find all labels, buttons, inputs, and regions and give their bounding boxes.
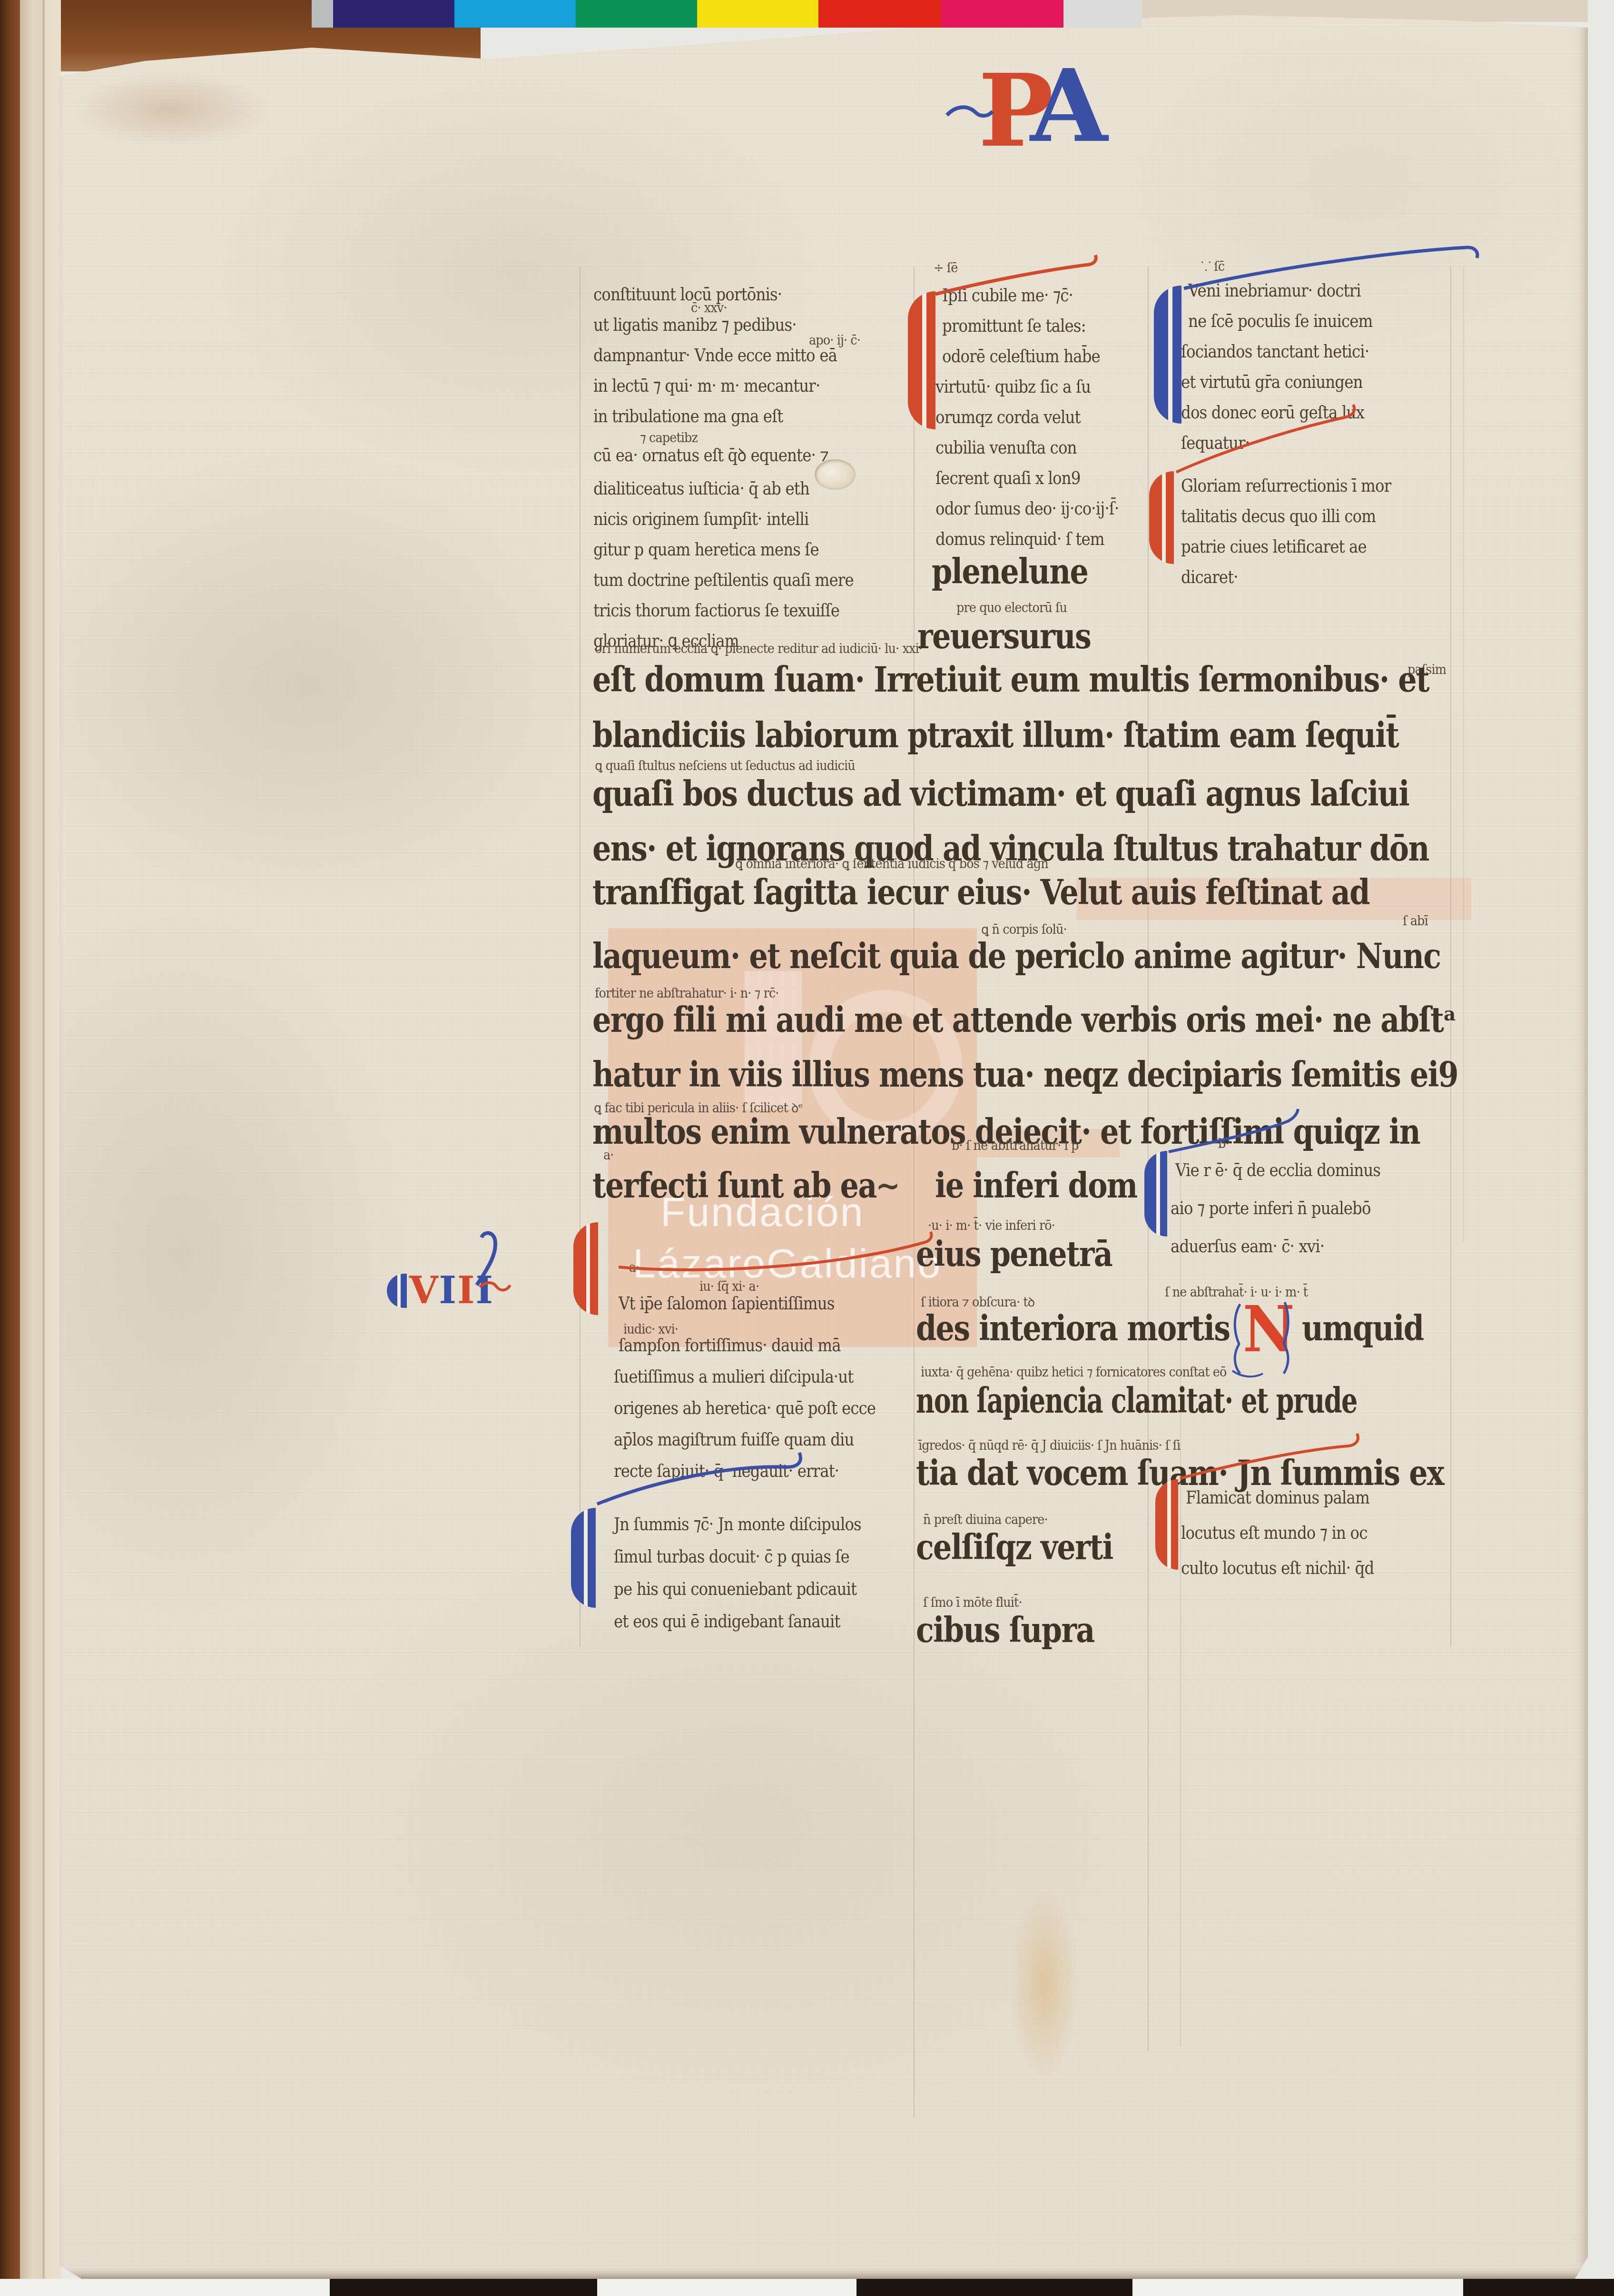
column-rule bbox=[1148, 267, 1149, 2051]
bible-text-line: hatur in viis illius mens tua· neqz deci… bbox=[592, 1054, 1458, 1095]
gloss-line: Gloriam reſurrectionis ī mor bbox=[1181, 476, 1391, 496]
lemma-text: eius penetrā bbox=[916, 1234, 1112, 1274]
column-rule bbox=[1463, 267, 1464, 1242]
gloss-line: odorē celeſtium hab̄e bbox=[942, 346, 1100, 367]
gloss-line: Flamicat dominus palam bbox=[1186, 1488, 1369, 1508]
gloss-line: talitatis decus quo illi com bbox=[1181, 506, 1376, 527]
lemma-text: plenelune bbox=[932, 551, 1088, 592]
gloss-line: ut ligatis manibz ⁊ pedibus· bbox=[593, 315, 797, 336]
gloss-line: ꝗ n̄ corpis ſolū· bbox=[981, 922, 1067, 937]
gloss-line: cubilia venuſta con bbox=[935, 438, 1077, 458]
decorated-initial-n: N bbox=[1243, 1293, 1295, 1366]
scale-segment bbox=[856, 2279, 1132, 2296]
stain bbox=[1009, 1885, 1080, 2085]
gloss-line: ꝗ quaſi ſtultus neſciens ut ſeductus ad … bbox=[595, 759, 855, 773]
color-calibration-bar bbox=[312, 0, 1142, 28]
bible-text-line: blandiciis labiorum ptraxit illum· ſtati… bbox=[592, 715, 1398, 755]
blue-paraph bbox=[1144, 1151, 1167, 1237]
gloss-line: ne ſcē poculis ſe inuicem bbox=[1188, 311, 1372, 332]
gloss-line: dialiticeatus iuſticia· q̄ ab eth bbox=[593, 479, 809, 499]
gloss-line: īgredos· q̄ nūqd rē· q̄ J diuiciis· ſ Jn… bbox=[918, 1438, 1180, 1453]
gloss-line: iuxta· q̄ gehēna· quibz hetici ⁊ fornica… bbox=[921, 1365, 1226, 1380]
gloss-line: Ipſi cubile me· ⁊c̄· bbox=[942, 286, 1073, 306]
scale-segment bbox=[0, 2279, 330, 2296]
lemma-text: cibus ſupra bbox=[916, 1610, 1094, 1650]
gloss-line: recte ſapiuit· q̄· negauit· errat· bbox=[614, 1461, 839, 1482]
calibration-swatch bbox=[941, 0, 1063, 28]
gloss-line: ꝗ omnia interiora· ꝗ ſententia iudicis q… bbox=[735, 857, 1048, 871]
gloss-line: Vt ip̄e ſalomon ſapientiſſimus bbox=[619, 1294, 835, 1314]
calibration-swatch bbox=[818, 0, 941, 28]
gloss-line: conſtituunt locū portōnis· bbox=[593, 285, 782, 305]
gloss-line: nicis originem ſumpſit· intelli bbox=[593, 509, 808, 530]
scale-segment bbox=[1463, 2279, 1614, 2296]
running-title-letter-a: A bbox=[1030, 56, 1108, 156]
interlinear-note: ⸪ ſc̄ bbox=[1201, 257, 1224, 275]
bible-text-line: eſt domum ſuam· Irretiuit eum multis ſer… bbox=[592, 659, 1429, 700]
calibration-swatch bbox=[697, 0, 818, 28]
gloss-line: promittunt ſe tales: bbox=[942, 316, 1086, 336]
gloss-line: Jn ſummis ⁊c̄· Jn monte diſcipulos bbox=[614, 1514, 861, 1535]
gloss-line: dicaret· bbox=[1181, 567, 1238, 588]
calibration-swatch bbox=[576, 0, 697, 28]
gloss-line: in tribulatione ma gna eſt bbox=[593, 406, 783, 427]
gloss-line: dampnantur· Vnde ecce mitto eā bbox=[593, 346, 837, 366]
blue-paraph bbox=[1154, 286, 1181, 424]
gloss-line: aio ⁊ porte inferi n̄ pualebō bbox=[1171, 1198, 1371, 1219]
gloss-line: orī numerum ecclia ꝗ· plenecte reditur a… bbox=[595, 642, 922, 656]
gloss-line: ſociandos tanctant hetici· bbox=[1181, 342, 1369, 362]
red-paraph bbox=[908, 291, 935, 429]
gloss-line: locutus eſt mundo ⁊ in oc bbox=[1181, 1523, 1367, 1544]
calibration-swatch bbox=[333, 0, 454, 28]
gloss-line: ·u· i· m· t̄· vie inferi rō· bbox=[928, 1218, 1055, 1233]
calibration-swatch bbox=[1063, 0, 1142, 28]
calibration-swatch bbox=[312, 0, 333, 28]
red-paraph bbox=[1149, 471, 1174, 564]
bible-text-line: tranſfigat ſagitta iecur eius· Velut aui… bbox=[592, 872, 1369, 912]
gloss-line: tricis thorum factiorus ſe texuiſſe bbox=[593, 601, 839, 621]
column-rule bbox=[1180, 1118, 1181, 2047]
gloss-line: Veni inebriamur· doctri bbox=[1188, 281, 1361, 301]
interlinear-note: b· bbox=[1218, 1137, 1229, 1151]
gloss-line: gitur p quam heretica mens ſe bbox=[593, 540, 819, 560]
gloss-line: ſequatur· bbox=[1181, 433, 1250, 454]
lemma-text: celſiſqz verti bbox=[916, 1527, 1112, 1567]
bible-text-line: quaſi bos ductus ad victimam· et quaſi a… bbox=[592, 773, 1409, 814]
column-rule bbox=[580, 267, 581, 1647]
gloss-line: pe his qui conueniebant pdicauit bbox=[614, 1579, 856, 1600]
lemma-text: des interiora mortis bbox=[916, 1308, 1230, 1348]
gloss-line: ap̄los magiſtrum fuiſſe quam diu bbox=[614, 1430, 854, 1450]
page-edge-stack bbox=[20, 0, 61, 2296]
gloss-line: aduerſus eam· c̄· xvi· bbox=[1171, 1237, 1324, 1257]
measuring-scale-bar bbox=[0, 2279, 1614, 2296]
red-paraph bbox=[573, 1222, 598, 1315]
gloss-line: virtutū· quibz ſic a ſu bbox=[935, 377, 1091, 397]
scale-segment bbox=[1132, 2279, 1463, 2296]
chapter-letter: V bbox=[409, 1269, 439, 1312]
book-binding-edge bbox=[0, 0, 20, 2296]
gloss-line: Vie r ē· q̄ de ecclia dominus bbox=[1175, 1160, 1380, 1181]
gloss-line: cū ea· ornatus eſt q̄ꝺ equente· ⁊ bbox=[593, 443, 828, 467]
calibration-swatch bbox=[454, 0, 576, 28]
gloss-line: n̄ preſt diuina capere· bbox=[923, 1513, 1048, 1527]
gloss-line: et virtutū gr̄a coniungen bbox=[1181, 372, 1363, 393]
smudge bbox=[71, 71, 271, 148]
interlinear-note: b· ſ ne abſtrahatur· i p bbox=[952, 1138, 1078, 1153]
gloss-line: ſ ſmo ī mōte fluit̄· bbox=[923, 1595, 1022, 1610]
bible-text-line: terfecti ſunt ab ea bbox=[592, 1165, 876, 1206]
lemma-text: tia dat vocem ſuam· Jn ſummis ex bbox=[916, 1453, 1444, 1493]
bible-text-line: ergo fili mi audi me et attende verbis o… bbox=[592, 1000, 1456, 1040]
interlinear-note: iudic· xvi· bbox=[623, 1322, 678, 1337]
gloss-line: ſimul turbas docuit· c̄ p quias ſe bbox=[614, 1547, 849, 1567]
gloss-line: orumqz corda velut bbox=[935, 407, 1081, 428]
bible-text-line: ie inferi dom bbox=[935, 1165, 1137, 1206]
interlinear-note: ſ abī bbox=[1403, 914, 1428, 929]
interlinear-note: a· bbox=[629, 1260, 640, 1275]
watermark-text-line2: LázaroGaldiano bbox=[633, 1240, 942, 1287]
chapter-letter: I bbox=[476, 1269, 494, 1312]
gloss-line: ſecrent quaſi x lon9 bbox=[935, 468, 1081, 489]
gloss-line: ſuetiſſimus a mulieri diſcipula·ut bbox=[614, 1367, 853, 1387]
interlinear-note: pre quo electorū ſu bbox=[956, 601, 1067, 615]
interlinear-note: ÷ ſē bbox=[934, 261, 958, 276]
pen-squiggle: ∼ bbox=[876, 1165, 899, 1206]
chapter-letter: I bbox=[439, 1269, 458, 1312]
lemma-text: non ſapiencia clamitat· et prude bbox=[916, 1380, 1357, 1421]
gloss-line: fortiter ne abſtrahatur· i· n· ⁊ rc̄· bbox=[595, 986, 779, 1001]
lemma-text: reuersurus bbox=[917, 616, 1091, 656]
gloss-line: odor ſumus deo· ij·co·ij·ſ̄· bbox=[935, 499, 1119, 519]
lemma-text: umquid bbox=[1302, 1308, 1423, 1348]
scale-segment bbox=[330, 2279, 597, 2296]
blue-paraph bbox=[571, 1508, 596, 1608]
bible-text-line: laqueum· et neſcit quia de periclo anime… bbox=[592, 936, 1440, 976]
gloss-line: culto locutus eſt nichil· q̄d bbox=[1181, 1558, 1374, 1579]
red-paraph bbox=[1155, 1479, 1178, 1570]
column-rule bbox=[1450, 267, 1451, 1647]
gloss-line: origenes ab heretica· quē poſt ecce bbox=[614, 1398, 876, 1419]
gloss-line: dos donec eorū geſta lux bbox=[1181, 403, 1364, 423]
interlinear-note: iu· ſq̄ xi· a· bbox=[699, 1279, 759, 1294]
chapter-letter: I bbox=[457, 1269, 476, 1312]
gloss-line: in lectū ⁊ qui· m· m· mecantur· bbox=[593, 376, 820, 396]
gloss-line: ſ ne abſtrahat̄· i· u· i· m· t̄ bbox=[1165, 1285, 1308, 1300]
gloss-line: domus relinquid· ſ tem bbox=[935, 529, 1104, 550]
gloss-line: et eos qui ē indigebant ſanauit bbox=[614, 1612, 840, 1632]
interlinear-note: a· bbox=[603, 1148, 614, 1163]
gloss-line: tum doctrine peſtilentis quaſi mere bbox=[593, 570, 854, 591]
gloss-line: ſampſon fortiſſimus· dauid mā bbox=[619, 1336, 841, 1356]
chapter-number: VIII bbox=[409, 1269, 494, 1312]
gloss-line: patrie ciues letificaret ae bbox=[1181, 537, 1367, 557]
scale-segment bbox=[597, 2279, 856, 2296]
